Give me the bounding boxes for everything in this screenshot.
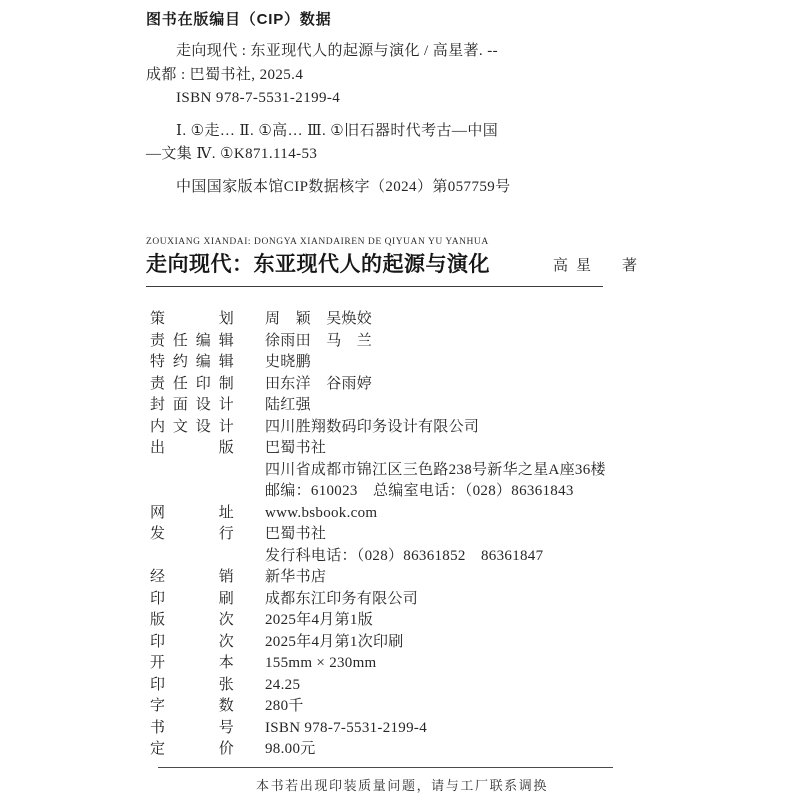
colophon-value: www.bsbook.com [265, 503, 377, 525]
colophon-label: 书号 [150, 718, 234, 740]
colophon-value: 2025年4月第1次印刷 [265, 632, 404, 654]
colophon-row: 责任印制田东洋 谷雨婷 [150, 374, 670, 396]
colophon-value-line: 280千 [265, 696, 304, 718]
colophon-value-line: 24.25 [265, 675, 300, 697]
colophon-value-line: ISBN 978-7-5531-2199-4 [265, 718, 427, 740]
colophon-row: 内文设计四川胜翔数码印务设计有限公司 [150, 417, 670, 439]
cip-line: 走向现代 : 东亚现代人的起源与演化 / 高星著. -- [146, 40, 676, 64]
title-block: ZOUXIANG XIANDAI: DONGYA XIANDAIREN DE Q… [146, 236, 658, 287]
colophon-row: 印刷成都东江印务有限公司 [150, 589, 670, 611]
colophon-value: 155mm × 230mm [265, 653, 377, 675]
title-divider [146, 286, 603, 287]
colophon-value-line: 98.00元 [265, 739, 316, 761]
colophon-row: 经销新华书店 [150, 567, 670, 589]
colophon-label: 经销 [150, 567, 234, 589]
colophon-value-line: 巴蜀书社 [265, 438, 606, 460]
colophon-value-line: www.bsbook.com [265, 503, 377, 525]
colophon-row: 责任编辑徐雨田 马 兰 [150, 331, 670, 353]
colophon-value: 2025年4月第1版 [265, 610, 373, 632]
colophon-value: 史晓鹏 [265, 352, 311, 374]
colophon-value-line: 徐雨田 马 兰 [265, 331, 372, 353]
colophon-value: ISBN 978-7-5531-2199-4 [265, 718, 427, 740]
colophon-value-line: 邮编：610023 总编室电话：（028）86361843 [265, 481, 606, 503]
colophon-row: 网址www.bsbook.com [150, 503, 670, 525]
colophon-label: 策划 [150, 309, 234, 331]
colophon-value: 徐雨田 马 兰 [265, 331, 372, 353]
quality-notice: 本书若出现印装质量问题，请与工厂联系调换 [146, 776, 658, 795]
colophon-value: 巴蜀书社发行科电话：（028）86361852 86361847 [265, 524, 543, 567]
colophon-row: 版次2025年4月第1版 [150, 610, 670, 632]
colophon-value: 24.25 [265, 675, 300, 697]
colophon-label: 责任印制 [150, 374, 234, 396]
copyright-page: 图书在版编目（CIP）数据 走向现代 : 东亚现代人的起源与演化 / 高星著. … [0, 0, 800, 800]
colophon-row: 印张24.25 [150, 675, 670, 697]
cip-line: ISBN 978-7-5531-2199-4 [146, 87, 676, 111]
colophon-row: 出版巴蜀书社四川省成都市锦江区三色路238号新华之星A座36楼邮编：610023… [150, 438, 670, 503]
colophon-label: 封面设计 [150, 395, 234, 417]
colophon-value-line: 155mm × 230mm [265, 653, 377, 675]
colophon-label: 印张 [150, 675, 234, 697]
cip-lines: 走向现代 : 东亚现代人的起源与演化 / 高星著. --成都 : 巴蜀书社, 2… [146, 40, 676, 199]
colophon-row: 开本155mm × 230mm [150, 653, 670, 675]
colophon-value-line: 史晓鹏 [265, 352, 311, 374]
colophon-label: 责任编辑 [150, 331, 234, 353]
colophon-label: 内文设计 [150, 417, 234, 439]
colophon-label: 特约编辑 [150, 352, 234, 374]
colophon-row: 书号ISBN 978-7-5531-2199-4 [150, 718, 670, 740]
colophon-row: 字数280千 [150, 696, 670, 718]
colophon-row: 封面设计陆红强 [150, 395, 670, 417]
cip-line: —文集 Ⅳ. ①K871.114-53 [146, 143, 676, 167]
cip-line: 中国国家版本馆CIP数据核字（2024）第057759号 [146, 176, 676, 200]
colophon-value: 巴蜀书社四川省成都市锦江区三色路238号新华之星A座36楼邮编：610023 总… [265, 438, 606, 503]
colophon-value-line: 巴蜀书社 [265, 524, 543, 546]
colophon-value: 98.00元 [265, 739, 316, 761]
book-author: 高星 著 [553, 254, 645, 277]
colophon-value-line: 2025年4月第1次印刷 [265, 632, 404, 654]
book-title: 走向现代：东亚现代人的起源与演化 [146, 251, 490, 277]
colophon-label: 发行 [150, 524, 234, 546]
colophon-row: 发行巴蜀书社发行科电话：（028）86361852 86361847 [150, 524, 670, 567]
colophon-value-line: 发行科电话：（028）86361852 86361847 [265, 546, 543, 568]
colophon-value-line: 2025年4月第1版 [265, 610, 373, 632]
colophon-list: 策划周 颖 吴焕姣责任编辑徐雨田 马 兰特约编辑史晓鹏责任印制田东洋 谷雨婷封面… [150, 309, 670, 761]
colophon-value-line: 四川胜翔数码印务设计有限公司 [265, 417, 479, 439]
colophon-value-line: 新华书店 [265, 567, 326, 589]
cip-line: Ⅰ. ①走… Ⅱ. ①高… Ⅲ. ①旧石器时代考古—中国 [146, 120, 676, 144]
title-row: 走向现代：东亚现代人的起源与演化 高星 著 [146, 251, 658, 277]
colophon-value: 成都东江印务有限公司 [265, 589, 418, 611]
colophon-label: 出版 [150, 438, 234, 460]
colophon-label: 网址 [150, 503, 234, 525]
colophon-row: 特约编辑史晓鹏 [150, 352, 670, 374]
colophon-value: 陆红强 [265, 395, 311, 417]
colophon-row: 定价98.00元 [150, 739, 670, 761]
colophon-value-line: 四川省成都市锦江区三色路238号新华之星A座36楼 [265, 460, 606, 482]
colophon-value-line: 成都东江印务有限公司 [265, 589, 418, 611]
colophon-value: 周 颖 吴焕姣 [265, 309, 372, 331]
colophon-label: 印刷 [150, 589, 234, 611]
colophon-value: 田东洋 谷雨婷 [265, 374, 372, 396]
colophon-value-line: 田东洋 谷雨婷 [265, 374, 372, 396]
cip-line: 成都 : 巴蜀书社, 2025.4 [146, 64, 676, 88]
colophon-label: 字数 [150, 696, 234, 718]
colophon-label: 印次 [150, 632, 234, 654]
colophon-label: 版次 [150, 610, 234, 632]
colophon-label: 开本 [150, 653, 234, 675]
colophon-value: 新华书店 [265, 567, 326, 589]
colophon-label: 定价 [150, 739, 234, 761]
colophon-value: 四川胜翔数码印务设计有限公司 [265, 417, 479, 439]
colophon-row: 策划周 颖 吴焕姣 [150, 309, 670, 331]
colophon-row: 印次2025年4月第1次印刷 [150, 632, 670, 654]
colophon-value-line: 陆红强 [265, 395, 311, 417]
cip-header: 图书在版编目（CIP）数据 [146, 8, 676, 31]
footer-divider [158, 767, 613, 768]
colophon-value: 280千 [265, 696, 304, 718]
cip-section: 图书在版编目（CIP）数据 走向现代 : 东亚现代人的起源与演化 / 高星著. … [146, 8, 676, 199]
title-pinyin: ZOUXIANG XIANDAI: DONGYA XIANDAIREN DE Q… [146, 236, 658, 248]
colophon-value-line: 周 颖 吴焕姣 [265, 309, 372, 331]
